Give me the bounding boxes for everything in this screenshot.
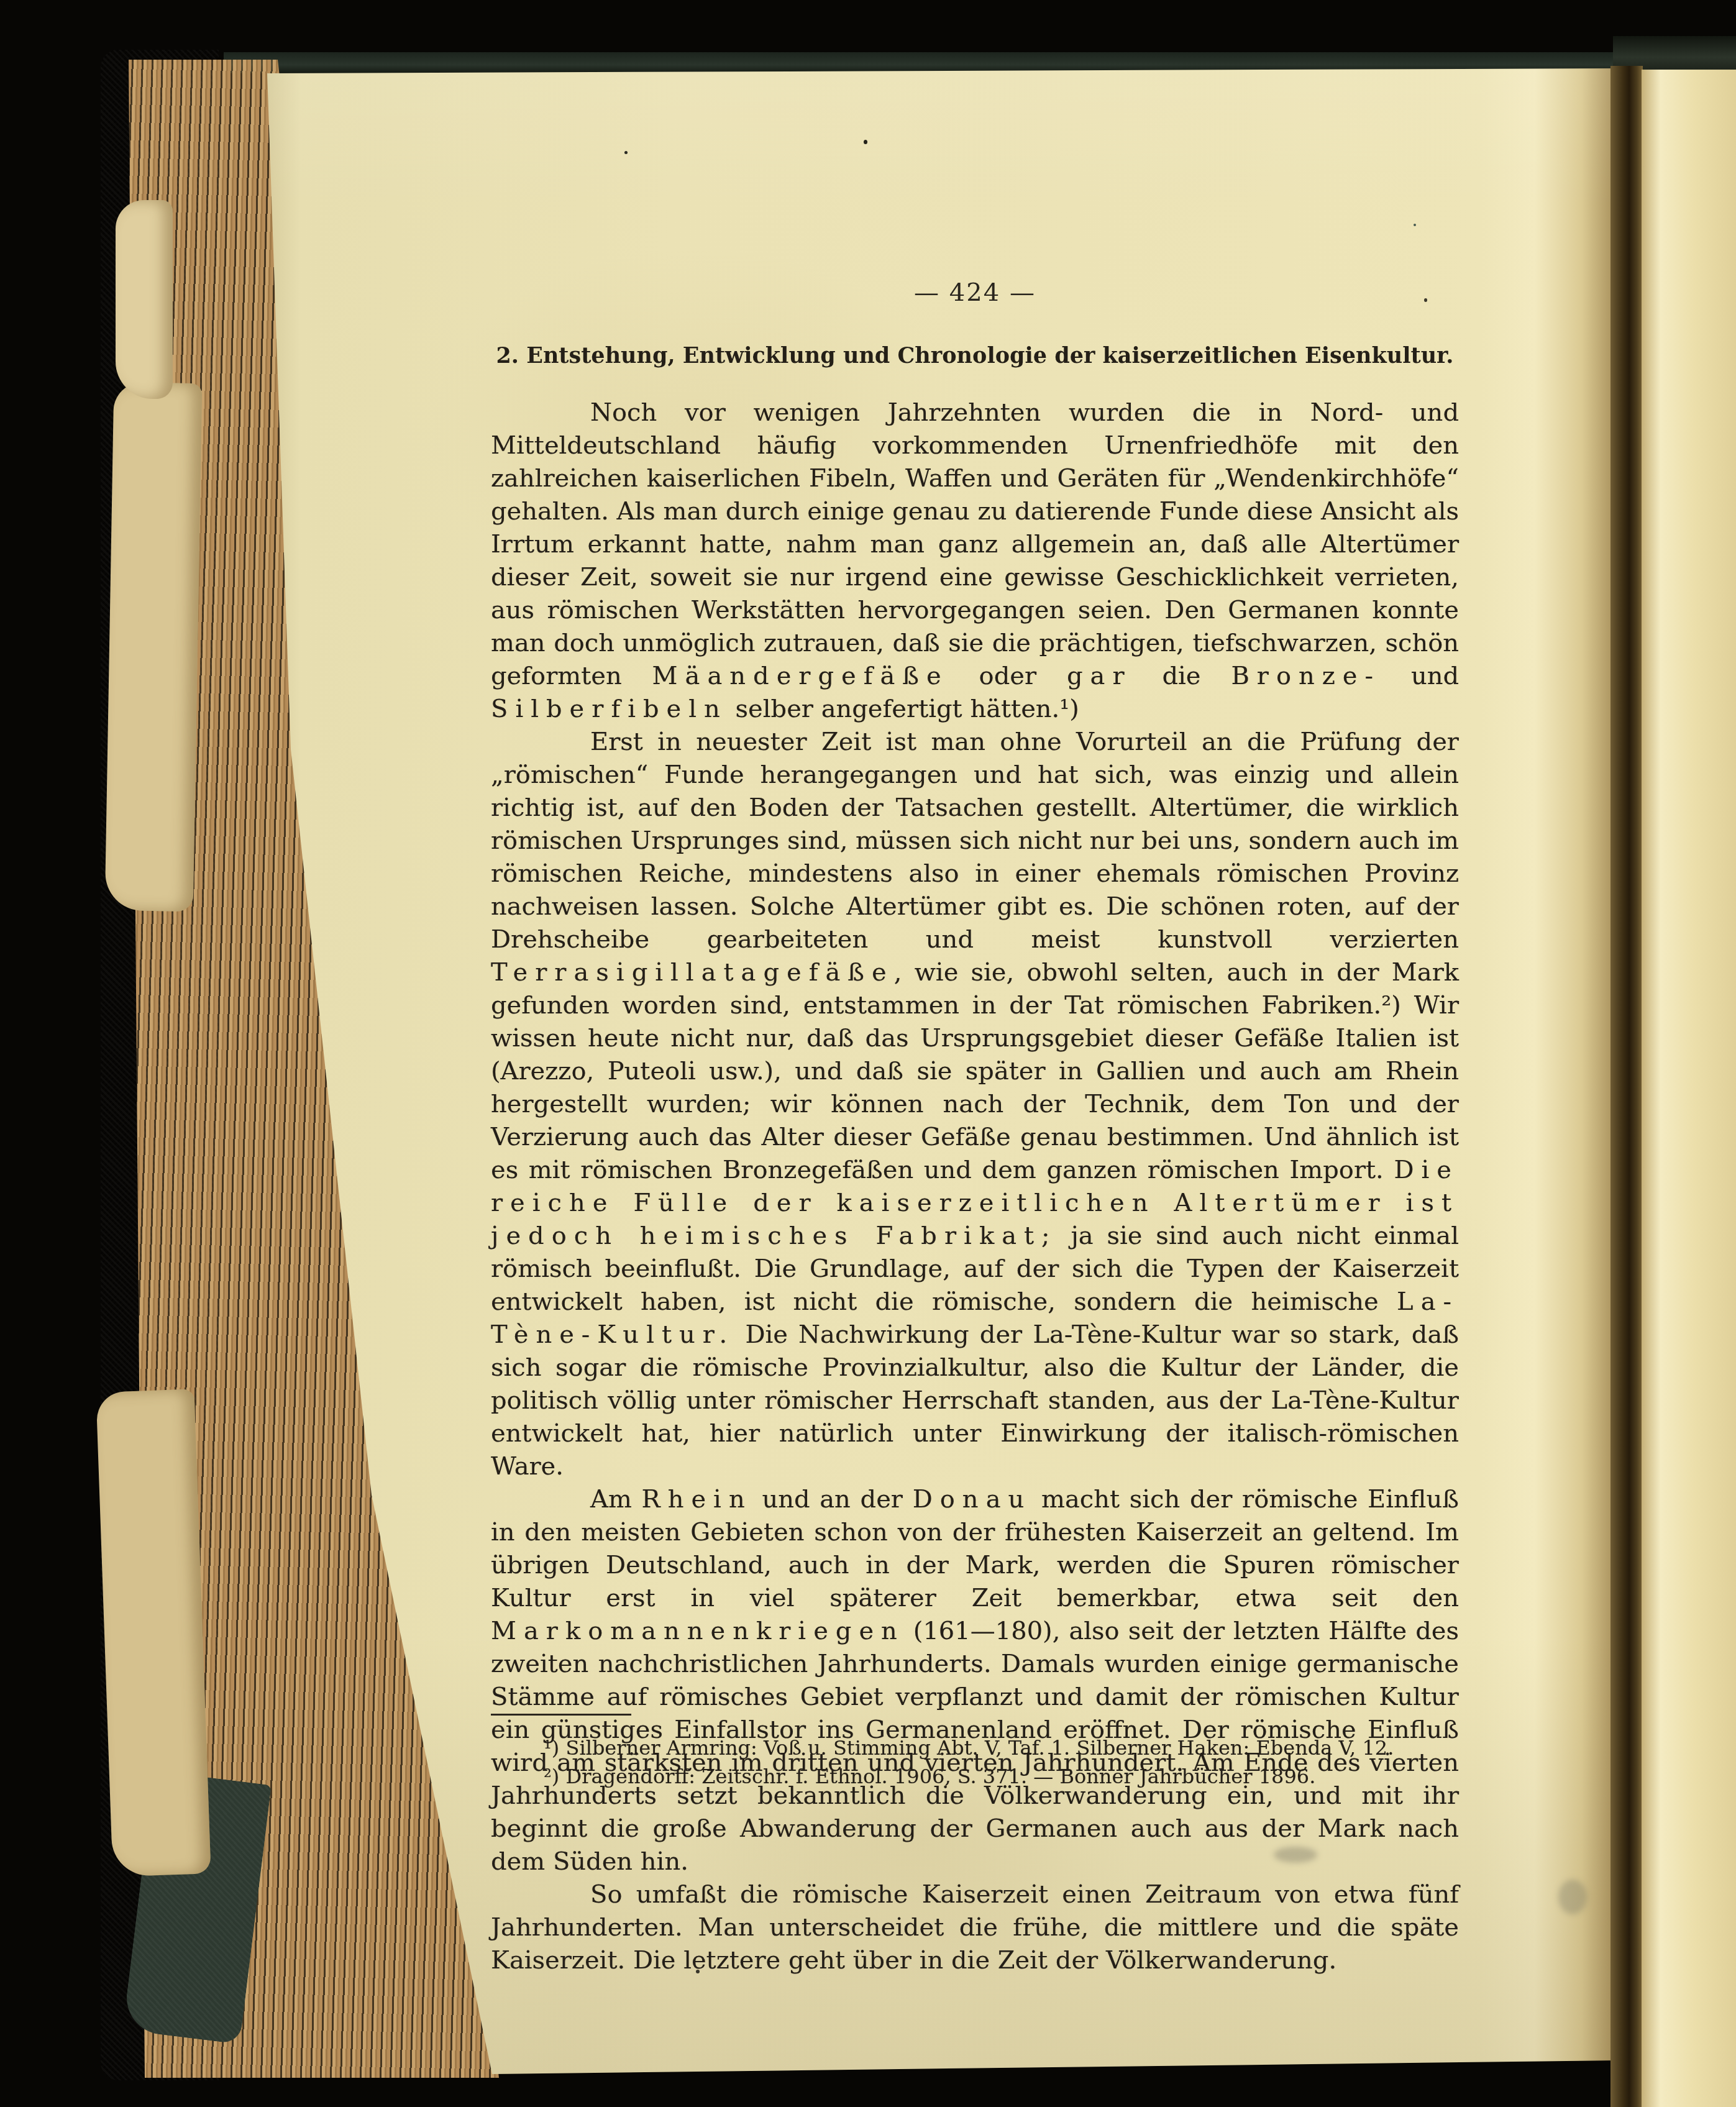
footnote: ²) Dragendorff: Zeitschr. f. Ethnol. 190… bbox=[491, 1762, 1459, 1791]
paper-speck bbox=[696, 1970, 700, 1973]
page-number: — 424 — bbox=[491, 278, 1459, 307]
paragraph: Noch vor wenigen Jahrzehnten wurden die … bbox=[491, 396, 1459, 726]
text-run: Am bbox=[590, 1485, 642, 1514]
paper-speck bbox=[1414, 224, 1416, 226]
smudge-mark bbox=[1274, 1847, 1317, 1863]
paper-speck bbox=[624, 151, 628, 154]
text-run-spaced: Markomannenkriegen bbox=[491, 1617, 905, 1645]
text-run: Noch vor wenigen Jahrzehnten wurden die … bbox=[491, 398, 1459, 690]
text-run-spaced: Bronze- bbox=[1231, 662, 1381, 690]
text-run: oder bbox=[949, 662, 1067, 690]
text-run: So umfaßt die römische Kaiserzeit einen … bbox=[491, 1880, 1459, 1975]
paragraph: Erst in neuester Zeit ist man ohne Vorur… bbox=[491, 726, 1459, 1483]
loose-page-flap bbox=[105, 382, 203, 912]
section-heading: 2. Entstehung, Entwicklung und Chronolog… bbox=[491, 343, 1459, 368]
footnotes: ¹) Silberner Armring: Voß u. Stimming Ab… bbox=[491, 1734, 1459, 1791]
footnote: ¹) Silberner Armring: Voß u. Stimming Ab… bbox=[491, 1734, 1459, 1762]
text-run: , wie sie, obwohl selten, auch in der Ma… bbox=[491, 958, 1459, 1184]
paper-speck bbox=[864, 140, 867, 144]
loose-page-flap bbox=[96, 1389, 211, 1876]
paragraph: Am Rhein und an der Donau macht sich der… bbox=[491, 1483, 1459, 1878]
smudge-mark bbox=[1558, 1880, 1587, 1914]
text-run: die bbox=[1132, 662, 1231, 690]
text-run: und bbox=[1381, 662, 1459, 690]
footnote-rule bbox=[491, 1714, 631, 1716]
book-gutter-shadow bbox=[1610, 66, 1643, 2107]
text-run: Erst in neuester Zeit ist man ohne Vorur… bbox=[491, 728, 1459, 954]
text-run-spaced: Rhein bbox=[642, 1485, 752, 1514]
text-run: und an der bbox=[752, 1485, 913, 1514]
facing-page-sliver bbox=[1642, 70, 1736, 2107]
text-run-spaced: Mäandergefäße bbox=[652, 662, 949, 690]
book-photo: — 424 — 2. Entstehung, Entwicklung und C… bbox=[0, 0, 1736, 2107]
text-run-spaced: Silberfibeln bbox=[491, 695, 728, 723]
book-page: — 424 — 2. Entstehung, Entwicklung und C… bbox=[267, 68, 1615, 2074]
text-run-spaced: Donau bbox=[913, 1485, 1032, 1514]
paper-speck bbox=[1424, 298, 1427, 302]
paragraph: So umfaßt die römische Kaiserzeit einen … bbox=[491, 1878, 1459, 1977]
text-run-spaced: Terrasigillatagefäße bbox=[491, 958, 894, 987]
loose-page-flap bbox=[116, 200, 173, 399]
text-run: selber angefertigt hätten.¹) bbox=[728, 695, 1079, 723]
text-run-spaced: gar bbox=[1067, 662, 1132, 690]
